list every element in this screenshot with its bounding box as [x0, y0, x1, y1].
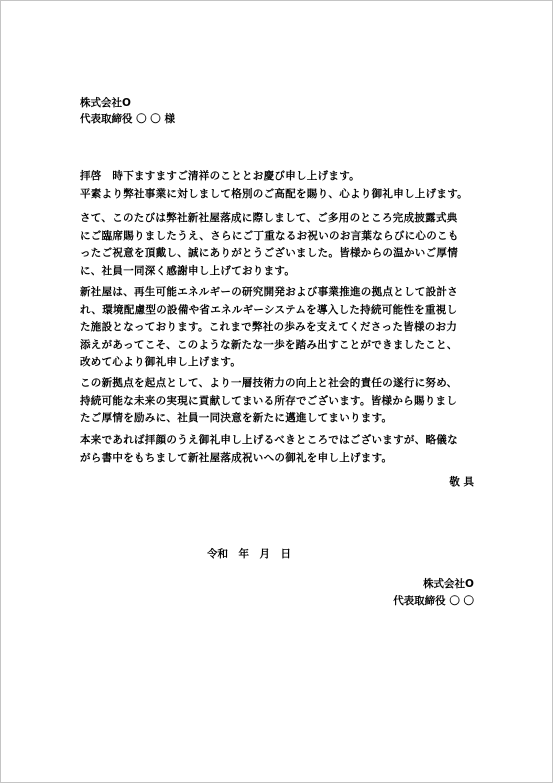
text-line: 本来であれば拝顔のうえ御礼申し上げるべきところではございますが、略儀な: [80, 432, 476, 450]
text-line: 持続可能な未来の実現に貢献してまいる所存でございます。皆様から賜りまし: [80, 393, 476, 411]
sender-company: 株式会社O: [301, 577, 474, 591]
text-line: れ、環境配慮型の設備や省エネルギーシステムを導入した持続可能性を重視し: [80, 302, 476, 320]
text-line: この新拠点を起点として、より一層技術力の向上と社会的責任の遂行に努め、: [80, 375, 476, 393]
recipient-company: 株式会社O: [80, 96, 131, 110]
text-line: 平素より弊社事業に対しまして格別のご高配を賜り、心より御礼申し上げます。: [80, 186, 476, 204]
date-line: 令和 年 月 日: [207, 547, 291, 561]
text-line: たご厚情を励みに、社員一同決意を新たに邁進してまいります。: [80, 410, 476, 428]
paragraph-thanks: さて、このたびは弊社新社屋落成に際しまして、ご多用のところ完成披露式典 にご臨席…: [80, 210, 476, 280]
text-line: さて、このたびは弊社新社屋落成に際しまして、ご多用のところ完成披露式典: [80, 210, 476, 228]
recipient-name: 代表取締役 〇 〇 様: [80, 112, 175, 126]
text-line: 改めて心より御礼申し上げます。: [80, 354, 476, 372]
paragraph-commitment: この新拠点を起点として、より一層技術力の向上と社会的責任の遂行に努め、 持続可能…: [80, 375, 476, 428]
paragraph-greeting: 拝啓 時下ますますご清祥のこととお慶び申し上げます。 平素より弊社事業に対しまし…: [80, 168, 476, 203]
letter-page: 株式会社O 代表取締役 〇 〇 様 拝啓 時下ますますご清祥のこととお慶び申し上…: [0, 0, 553, 783]
paragraph-new-building: 新社屋は、再生可能エネルギーの研究開発および事業推進の拠点として設計さ れ、環境…: [80, 284, 476, 372]
text-line: 新社屋は、再生可能エネルギーの研究開発および事業推進の拠点として設計さ: [80, 284, 476, 302]
text-line: 拝啓 時下ますますご清祥のこととお慶び申し上げます。: [80, 168, 476, 186]
text-line: た施設となっております。これまで弊社の歩みを支えてくださった皆様のお力: [80, 319, 476, 337]
text-line: 添えがあってこそ、このような新たな一歩を踏み出すことができましたこと、: [80, 337, 476, 355]
closing-keigu: 敬 具: [301, 475, 474, 489]
text-line: がら書中をもちまして新社屋落成祝いへの御礼を申し上げます。: [80, 450, 476, 468]
text-line: に、社員一同深く感謝申し上げております。: [80, 263, 476, 281]
sender-name: 代表取締役 〇 〇: [301, 594, 474, 608]
text-line: ったご祝意を頂戴し、誠にありがとうございました。皆様からの温かいご厚情: [80, 245, 476, 263]
text-line: にご臨席賜りましたうえ、さらにご丁重なるお祝いのお言葉ならびに心のこも: [80, 228, 476, 246]
paragraph-closing-remarks: 本来であれば拝顔のうえ御礼申し上げるべきところではございますが、略儀な がら書中…: [80, 432, 476, 467]
